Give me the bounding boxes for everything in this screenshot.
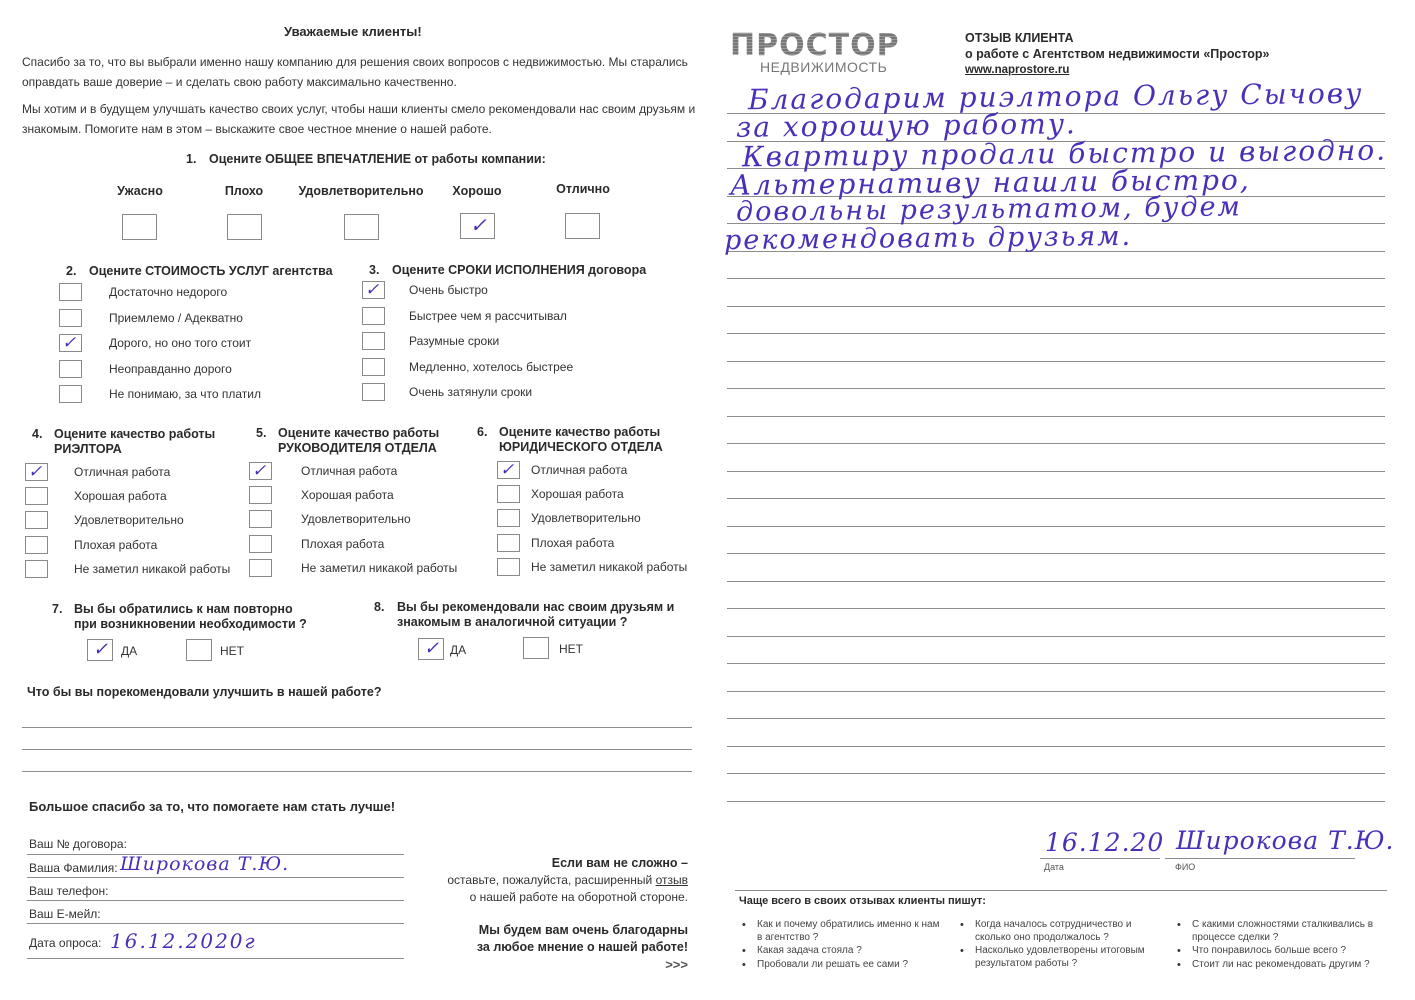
tip-item: Пробовали ли решать ее сами ? <box>739 959 944 972</box>
field-line <box>27 958 404 959</box>
q8-no-label: НЕТ <box>559 642 583 656</box>
intro-line: Мы хотим и в будущем улучшать качество с… <box>22 99 695 119</box>
question-title-line1: Вы бы обратились к нам повторно <box>74 602 293 616</box>
answer-line <box>22 749 692 750</box>
option-label: Плохая работа <box>301 537 384 551</box>
question-title-line2: знакомым в аналогичной ситуации ? <box>397 615 627 629</box>
checkmark-icon: ✓ <box>365 280 379 300</box>
option-label: Достаточно недорого <box>109 285 227 299</box>
q2-option-checkbox[interactable] <box>59 385 82 403</box>
thanks-heading: Большое спасибо за то, что помогаете нам… <box>29 799 395 814</box>
q6-option-checkbox[interactable] <box>497 509 520 527</box>
question-title-line1: Оцените качество работы <box>278 426 439 440</box>
tips-column: Как и почему обратились именно к нам в а… <box>739 919 944 972</box>
q1-option-checkbox[interactable] <box>565 213 600 239</box>
question-title-line2: РИЭЛТОРА <box>54 442 122 456</box>
q6-option-checkbox[interactable] <box>497 558 520 576</box>
tip-item: С какими сложностями сталкивались в проц… <box>1174 919 1374 944</box>
q8-yes-checkbox[interactable]: ✓ <box>418 638 444 660</box>
ruled-line <box>727 608 1385 609</box>
option-label: Не заметил никакой работы <box>531 560 687 574</box>
question-title-line2: РУКОВОДИТЕЛЯ ОТДЕЛА <box>278 441 437 455</box>
q5-option-checkbox[interactable]: ✓ <box>249 462 272 480</box>
field-line <box>27 900 404 901</box>
signature-date-label: Дата <box>1044 862 1064 872</box>
ruled-line <box>727 278 1385 279</box>
date-label: Дата опроса: <box>29 936 101 950</box>
side-note-line: о нашей работе на оборотной стороне. <box>420 889 688 906</box>
checkmark-icon: ✓ <box>62 333 76 353</box>
q7-no-checkbox[interactable] <box>186 639 212 661</box>
q8-no-checkbox[interactable] <box>523 637 549 659</box>
question-number: 4. <box>32 427 42 441</box>
q7-yes-label: ДА <box>121 644 137 658</box>
ruled-line <box>727 773 1385 774</box>
review-line: рекомендовать друзьям. <box>724 220 1132 255</box>
checkmark-icon: ✓ <box>252 461 266 481</box>
review-header-title: ОТЗЫВ КЛИЕНТА <box>965 31 1074 45</box>
checkmark-icon: ✓ <box>470 215 487 235</box>
ruled-line <box>727 718 1385 719</box>
date-field[interactable]: 16.12.2020г <box>110 929 257 953</box>
tip-item: Как и почему обратились именно к нам в а… <box>739 919 944 944</box>
option-label: Отличная работа <box>74 465 170 479</box>
tips-column: С какими сложностями сталкивались в проц… <box>1174 919 1374 972</box>
option-label: Отличная работа <box>301 464 397 478</box>
ruled-line <box>727 361 1385 362</box>
date-signature-line <box>1040 858 1160 859</box>
option-label: Неоправданно дорого <box>109 362 232 376</box>
option-label: Медленно, хотелось быстрее <box>409 360 573 374</box>
question-number: 6. <box>477 425 487 439</box>
question-title: Оцените СТОИМОСТЬ УСЛУГ агентства <box>89 264 333 278</box>
field-line <box>27 923 404 924</box>
question-title: Оцените ОБЩЕЕ ВПЕЧАТЛЕНИЕ от работы комп… <box>209 152 546 166</box>
name-signature-line <box>1165 858 1355 859</box>
q4-option-checkbox[interactable] <box>25 560 48 578</box>
q5-option-checkbox[interactable] <box>249 535 272 553</box>
side-note: Если вам не сложно – оставьте, пожалуйст… <box>420 855 688 973</box>
ruled-line <box>727 471 1385 472</box>
tips-title: Чаще всего в своих отзывах клиенты пишут… <box>739 895 986 907</box>
ruled-line <box>727 691 1385 692</box>
option-label: Плохая работа <box>74 538 157 552</box>
tip-item: Что понравилось больше всего ? <box>1174 945 1374 958</box>
intro-line: Спасибо за то, что вы выбрали именно наш… <box>22 52 688 72</box>
option-label: Хорошая работа <box>74 489 167 503</box>
option-label: Хорошая работа <box>531 487 624 501</box>
checkmark-icon: ✓ <box>28 462 42 482</box>
field-line <box>27 877 404 878</box>
email-label: Ваш Е-мейл: <box>29 907 101 921</box>
ruled-line <box>727 443 1385 444</box>
answer-line <box>22 771 692 772</box>
q1-option-checkbox[interactable] <box>227 214 262 240</box>
q1-option-checkbox[interactable] <box>122 214 157 240</box>
side-note-line: Мы будем вам очень благодарны <box>420 922 688 939</box>
ruled-line <box>727 553 1385 554</box>
q5-option-checkbox[interactable] <box>249 510 272 528</box>
page-title: Уважаемые клиенты! <box>284 24 422 39</box>
q4-option-checkbox[interactable] <box>25 487 48 505</box>
option-label: Дорого, но оно того стоит <box>109 336 251 350</box>
option-label: Отлично <box>503 182 663 196</box>
q7-yes-checkbox[interactable]: ✓ <box>87 639 113 661</box>
option-label: Плохая работа <box>531 536 614 550</box>
q1-option-checkbox[interactable] <box>344 214 379 240</box>
question-number: 1. <box>186 152 196 166</box>
option-label: Хорошая работа <box>301 488 394 502</box>
option-label: Не понимаю, за что платил <box>109 387 261 401</box>
tip-item: Какая задача стояла ? <box>739 945 944 958</box>
signature-name[interactable]: Широкова Т.Ю. <box>1176 826 1394 855</box>
q3-option-checkbox[interactable] <box>362 332 385 350</box>
option-label: Очень быстро <box>409 283 488 297</box>
tips-divider <box>735 890 1387 891</box>
tip-item: Стоит ли нас рекомендовать другим ? <box>1174 959 1374 972</box>
ruled-line <box>727 636 1385 637</box>
ruled-line <box>727 333 1385 334</box>
question-title-line2: при возникновении необходимости ? <box>74 617 307 631</box>
question-number: 3. <box>369 263 379 277</box>
brand-logo: ПРОСТОР НЕДВИЖИМОСТЬ <box>730 28 900 75</box>
ruled-line <box>727 388 1385 389</box>
ruled-line <box>727 581 1385 582</box>
checkmark-icon: ✓ <box>93 640 108 660</box>
question-number: 2. <box>66 264 76 278</box>
improve-question: Что бы вы порекомендовали улучшить в наш… <box>27 685 381 699</box>
q5-option-checkbox[interactable] <box>249 559 272 577</box>
q2-option-checkbox[interactable]: ✓ <box>59 334 82 352</box>
phone-label: Ваш телефон: <box>29 884 108 898</box>
q1-option-checkbox[interactable]: ✓ <box>460 213 495 239</box>
intro-paragraph-2: Мы хотим и в будущем улучшать качество с… <box>22 99 695 139</box>
option-label: Разумные сроки <box>409 334 499 348</box>
option-label: Очень затянули сроки <box>409 385 532 399</box>
review-link[interactable]: отзыв <box>656 873 688 887</box>
surname-label: Ваша Фамилия: <box>29 861 118 875</box>
q2-option-checkbox[interactable] <box>59 360 82 378</box>
ruled-line <box>727 306 1385 307</box>
ruled-line <box>727 801 1385 802</box>
side-note-line: Если вам не сложно – <box>420 855 688 872</box>
q4-option-checkbox[interactable] <box>25 536 48 554</box>
ruled-line <box>727 663 1385 664</box>
side-note-line: за любое мнение о нашей работе! <box>420 939 688 956</box>
q4-option-checkbox[interactable] <box>25 511 48 529</box>
tip-item: Когда началось сотрудничество и сколько … <box>957 919 1162 944</box>
q4-option-checkbox[interactable]: ✓ <box>25 463 48 481</box>
question-title-line1: Вы бы рекомендовали нас своим друзьям и <box>397 600 674 614</box>
signature-name-label: ФИО <box>1175 862 1195 872</box>
contract-label: Ваш № договора: <box>29 837 127 851</box>
question-title: Оцените СРОКИ ИСПОЛНЕНИЯ договора <box>392 263 646 277</box>
q6-option-checkbox[interactable] <box>497 485 520 503</box>
question-number: 5. <box>256 426 266 440</box>
q8-yes-label: ДА <box>450 643 466 657</box>
q7-no-label: НЕТ <box>220 644 244 658</box>
q3-option-checkbox[interactable] <box>362 307 385 325</box>
option-label: Удовлетворительно <box>74 513 184 527</box>
option-label: Не заметил никакой работы <box>74 562 230 576</box>
option-label: Удовлетворительно <box>531 511 641 525</box>
intro-line: оправдать ваше доверие – и сделать свою … <box>22 72 688 92</box>
q5-option-checkbox[interactable] <box>249 486 272 504</box>
ruled-line <box>727 498 1385 499</box>
arrows-icon[interactable]: >>> <box>420 956 688 973</box>
question-number: 7. <box>52 602 62 616</box>
signature-date[interactable]: 16.12.20 <box>1045 828 1164 857</box>
question-title-line2: ЮРИДИЧЕСКОГО ОТДЕЛА <box>499 440 663 454</box>
tips-column: Когда началось сотрудничество и сколько … <box>957 919 1162 971</box>
q3-option-checkbox[interactable] <box>362 358 385 376</box>
intro-line: знакомым. Помогите нам в этом – выскажит… <box>22 119 695 139</box>
option-label: Быстрее чем я рассчитывал <box>409 309 567 323</box>
ruled-line <box>727 416 1385 417</box>
side-note-line: оставьте, пожалуйста, расширенный <box>447 873 655 887</box>
tip-item: Насколько удовлетворены итоговым результ… <box>957 945 1162 970</box>
answer-line <box>22 727 692 728</box>
option-label: Приемлемо / Адекватно <box>109 311 243 325</box>
option-label: Отличная работа <box>531 463 627 477</box>
intro-paragraph-1: Спасибо за то, что вы выбрали именно наш… <box>22 52 688 92</box>
question-title-line1: Оцените качество работы <box>499 425 660 439</box>
q3-option-checkbox[interactable] <box>362 383 385 401</box>
q6-option-checkbox[interactable]: ✓ <box>497 461 520 479</box>
option-label: Не заметил никакой работы <box>301 561 457 575</box>
website-link[interactable]: www.naprostore.ru <box>965 64 1069 76</box>
checkmark-icon: ✓ <box>424 639 439 659</box>
review-header-subtitle: о работе с Агентством недвижимости «Прос… <box>965 47 1270 61</box>
surname-field[interactable]: Широкова Т.Ю. <box>120 853 289 875</box>
q2-option-checkbox[interactable] <box>59 283 82 301</box>
checkmark-icon: ✓ <box>500 460 514 480</box>
logo-subtitle: НЕДВИЖИМОСТЬ <box>760 59 900 75</box>
logo-wordmark: ПРОСТОР <box>730 28 900 63</box>
q3-option-checkbox[interactable]: ✓ <box>362 281 385 299</box>
question-title-line1: Оцените качество работы <box>54 427 215 441</box>
q2-option-checkbox[interactable] <box>59 309 82 327</box>
ruled-line <box>727 526 1385 527</box>
q6-option-checkbox[interactable] <box>497 534 520 552</box>
question-number: 8. <box>374 600 384 614</box>
option-label: Удовлетворительно <box>301 512 411 526</box>
ruled-line <box>727 746 1385 747</box>
